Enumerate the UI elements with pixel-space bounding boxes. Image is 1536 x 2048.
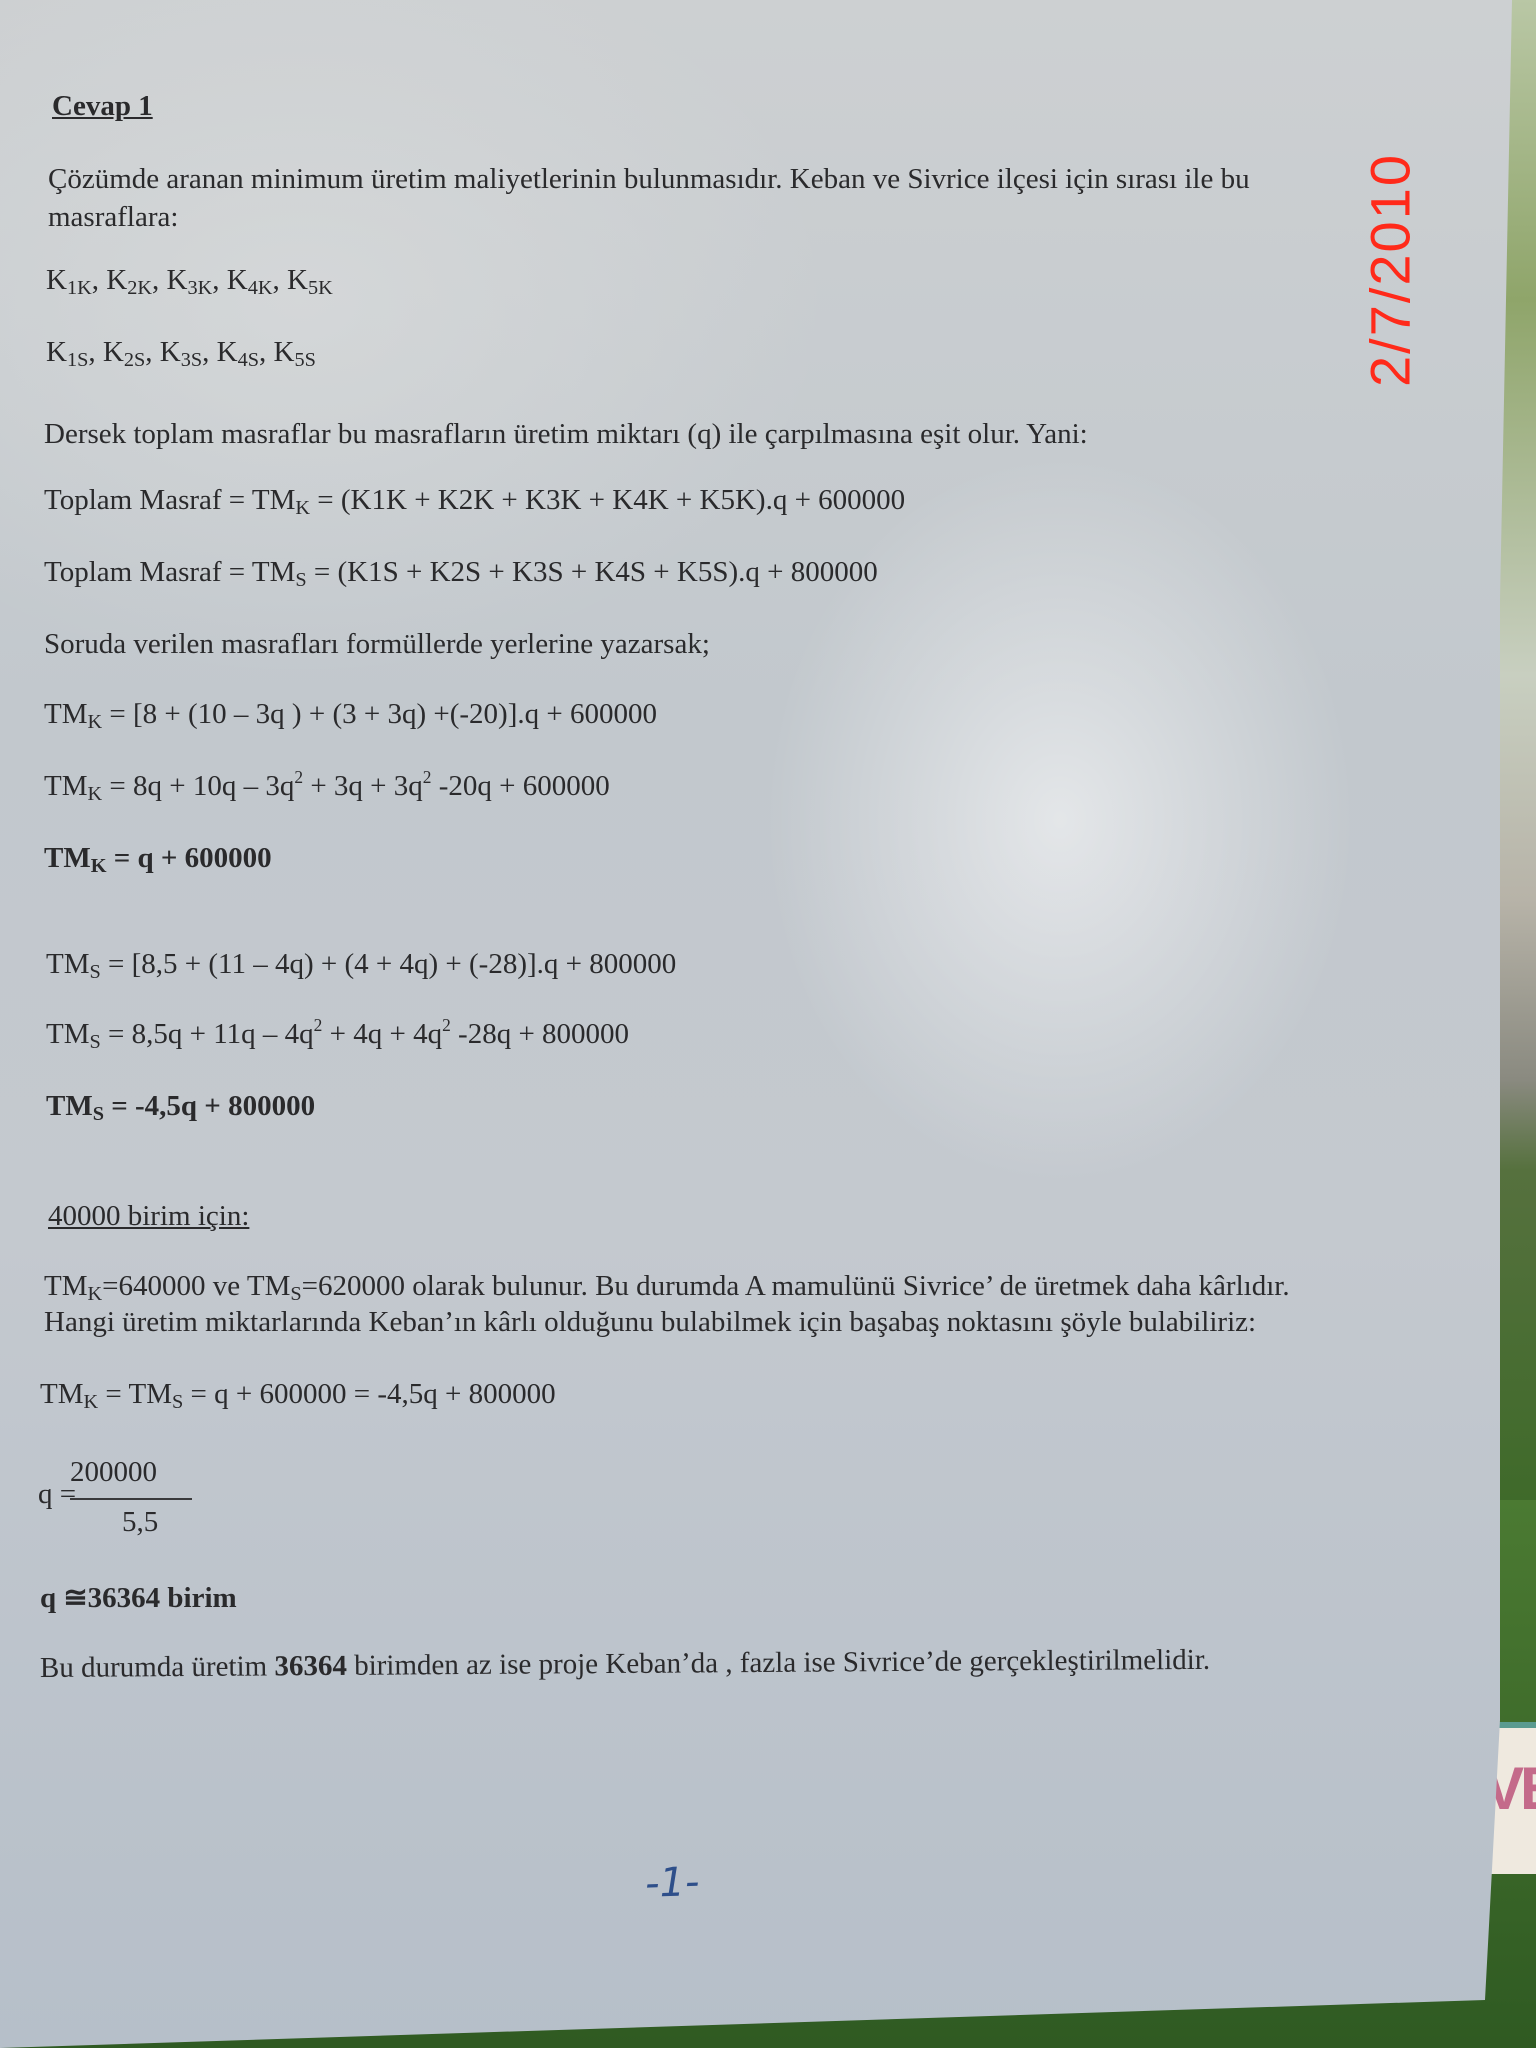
- equation-tms-1: TMS = [8,5 + (11 – 4q) + (4 + 4q) + (-28…: [46, 950, 676, 979]
- intro-line-1: Çözümde aranan minimum üretim maliyetler…: [48, 163, 1250, 195]
- equation-total-k: Toplam Masraf = TMK = (K1K + K2K + K3K +…: [44, 486, 905, 515]
- heading: Cevap 1: [52, 92, 153, 121]
- equation-tmk-1: TMK = [8 + (10 – 3q ) + (3 + 3q) +(-20)]…: [44, 700, 657, 729]
- date-stamp-text: 2/7/2010: [1358, 153, 1423, 387]
- equation-tms-2: TMS = 8,5q + 11q – 4q2 + 4q + 4q2 -28q +…: [46, 1020, 629, 1049]
- fraction-bar: [70, 1498, 192, 1500]
- fraction-denominator: 5,5: [122, 1506, 158, 1539]
- equation-tmk-2: TMK = 8q + 10q – 3q2 + 3q + 3q2 -20q + 6…: [44, 772, 610, 801]
- equation-total-s: Toplam Masraf = TMS = (K1S + K2S + K3S +…: [44, 558, 878, 587]
- q-result: q ≅36364 birim: [40, 1584, 237, 1613]
- result-line-1: TMK=640000 ve TMS=620000 olarak bulunur.…: [44, 1272, 1290, 1301]
- intro-line-2: masraflara:: [48, 198, 1456, 236]
- conclusion-sentence: Bu durumda üretim 36364 birimden az ise …: [40, 1646, 1210, 1683]
- breakeven-fraction: q = 200000 5,5: [0, 1456, 240, 1546]
- result-line-2: Hangi üretim miktarlarında Keban’ın kârl…: [44, 1308, 1256, 1337]
- intro-paragraph: Çözümde aranan minimum üretim maliyetler…: [48, 160, 1456, 236]
- handwritten-page-number: -1-: [644, 1859, 700, 1907]
- equation-tmk-result: TMK = q + 600000: [44, 844, 272, 873]
- fraction-numerator: 200000: [70, 1456, 157, 1489]
- s-cost-list: K1S, K2S, K3S, K4S, K5S: [46, 338, 316, 367]
- section-40000-units: 40000 birim için:: [48, 1202, 249, 1231]
- breakeven-equation: TMK = TMS = q + 600000 = -4,5q + 800000: [40, 1380, 556, 1409]
- soruda-sentence: Soruda verilen masrafları formüllerde ye…: [44, 630, 710, 659]
- paper-sheet: Cevap 1 Çözümde aranan minimum üretim ma…: [0, 0, 1536, 2048]
- k-cost-list: K1K, K2K, K3K, K4K, K5K: [46, 266, 333, 295]
- equation-tms-result: TMS = -4,5q + 800000: [46, 1092, 315, 1121]
- dersek-sentence: Dersek toplam masraflar bu masrafların ü…: [44, 420, 1088, 449]
- date-stamp: 2/7/2010: [1360, 130, 1420, 410]
